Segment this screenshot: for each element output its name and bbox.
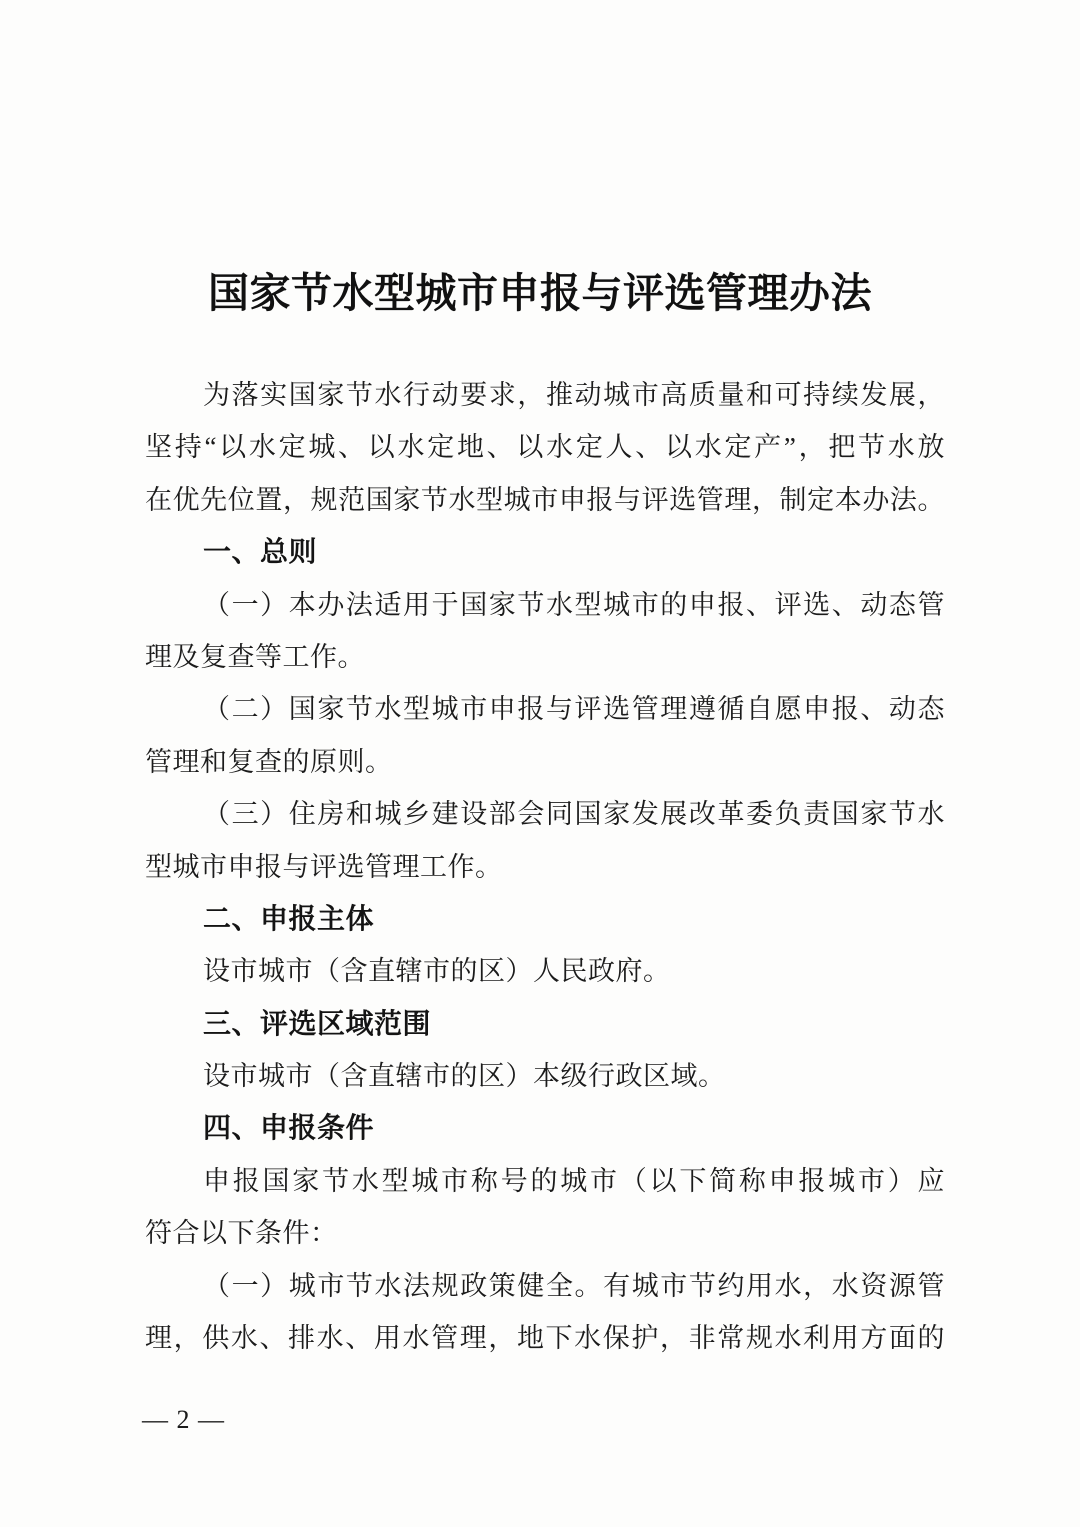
paragraph-line: 坚持“以水定城、以水定地、以水定人、以水定产”，把节水放 [145, 421, 945, 473]
section-heading-3: 三、评选区域范围 [145, 998, 945, 1050]
paragraph-line: 型城市申报与评选管理工作。 [145, 841, 945, 893]
paragraph-line: 理及复查等工作。 [145, 631, 945, 683]
paragraph-line: （三）住房和城乡建设部会同国家发展改革委负责国家节水 [145, 788, 945, 840]
paragraph-line: （二）国家节水型城市申报与评选管理遵循自愿申报、动态 [145, 683, 945, 735]
section-heading-2: 二、申报主体 [145, 893, 945, 945]
paragraph-line: 设市城市（含直辖市的区）本级行政区域。 [145, 1050, 945, 1102]
document-title: 国家节水型城市申报与评选管理办法 [0, 266, 1080, 320]
section-heading-1: 一、总则 [145, 526, 945, 578]
document-body: 为落实国家节水行动要求，推动城市高质量和可持续发展， 坚持“以水定城、以水定地、… [145, 369, 945, 1364]
page-number: — 2 — [142, 1400, 225, 1440]
paragraph-line: （一）城市节水法规政策健全。有城市节约用水，水资源管 [145, 1260, 945, 1312]
section-heading-4: 四、申报条件 [145, 1102, 945, 1154]
paragraph-line: 为落实国家节水行动要求，推动城市高质量和可持续发展， [145, 369, 945, 421]
paragraph-line: 设市城市（含直辖市的区）人民政府。 [145, 945, 945, 997]
paragraph-line: 申报国家节水型城市称号的城市（以下简称申报城市）应 [145, 1155, 945, 1207]
paragraph-line: 理，供水、排水、用水管理，地下水保护，非常规水利用方面的 [145, 1312, 945, 1364]
document-page: 国家节水型城市申报与评选管理办法 为落实国家节水行动要求，推动城市高质量和可持续… [0, 0, 1080, 1527]
paragraph-line: 管理和复查的原则。 [145, 736, 945, 788]
paragraph-line: （一）本办法适用于国家节水型城市的申报、评选、动态管 [145, 579, 945, 631]
paragraph-line: 符合以下条件： [145, 1207, 945, 1259]
paragraph-line: 在优先位置，规范国家节水型城市申报与评选管理，制定本办法。 [145, 474, 945, 526]
